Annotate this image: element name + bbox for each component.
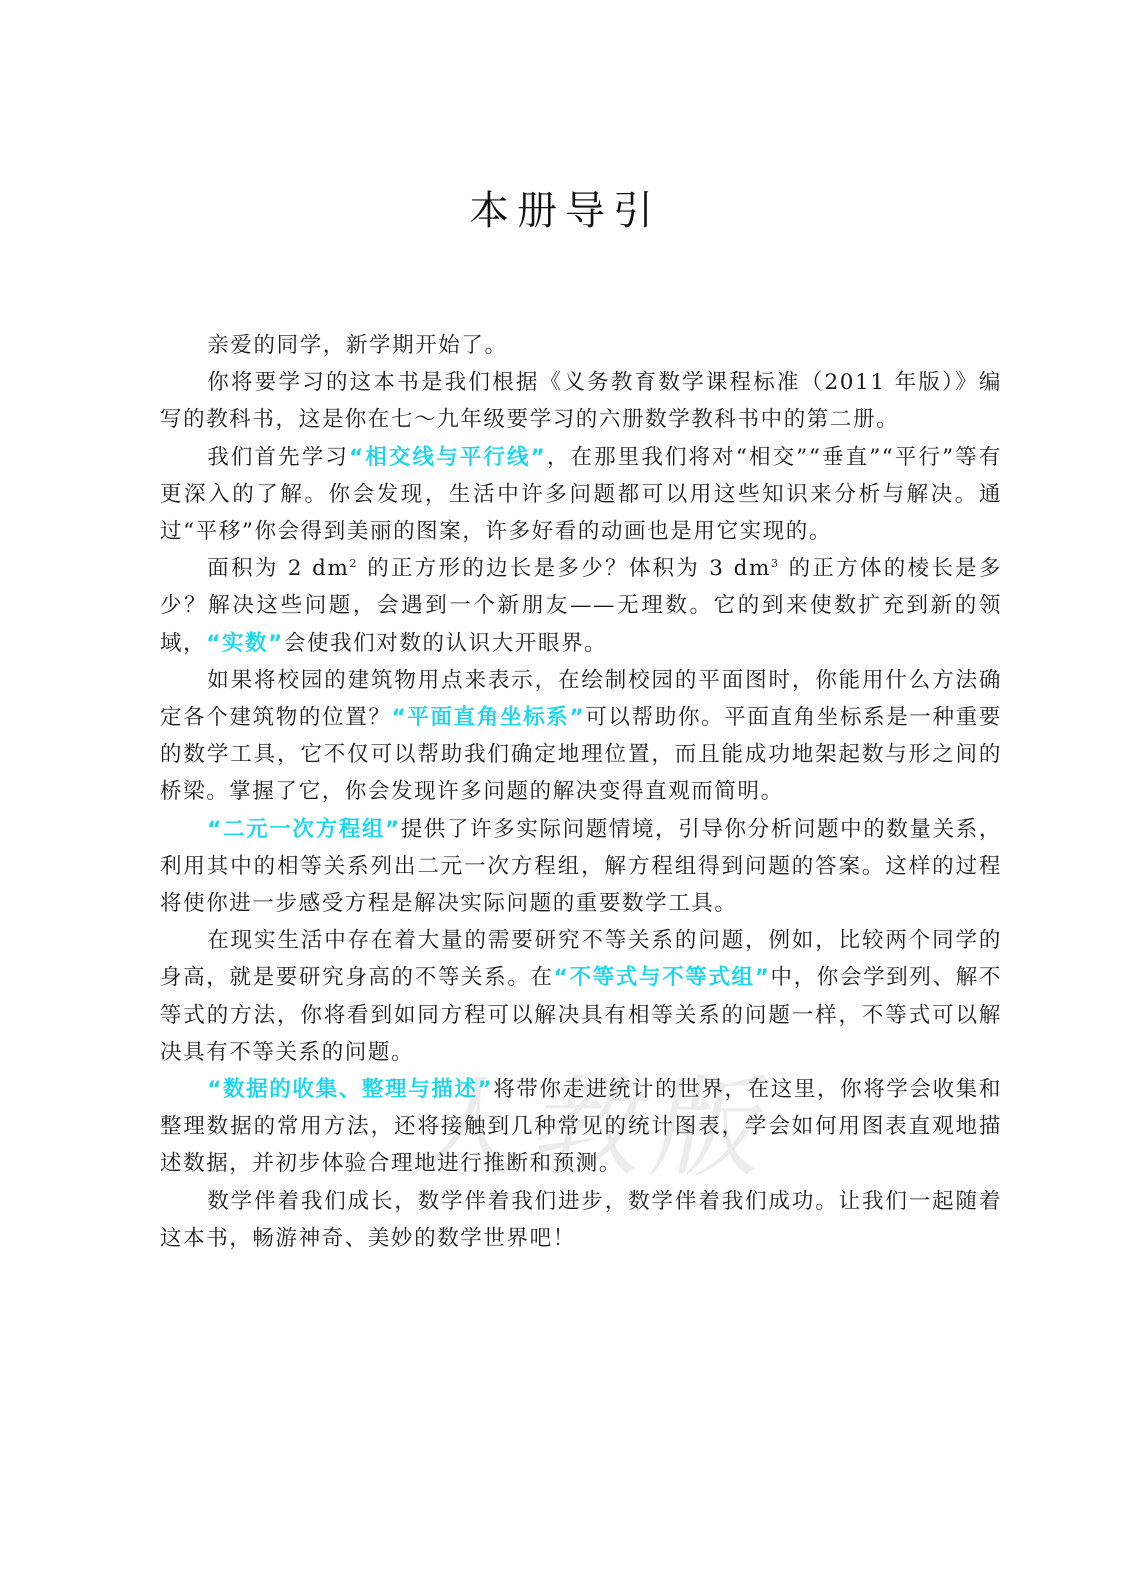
paragraph-data-statistics: “数据的收集、整理与描述”将带你走进统计的世界，在这里，你将学会收集和整理数据的… (160, 1071, 1002, 1183)
superscript: 3 (771, 557, 780, 570)
paragraph-linear-equations: “二元一次方程组”提供了许多实际问题情境，引导你分析问题中的数量关系，利用其中的… (160, 811, 1002, 923)
paragraph-intersecting-parallel-lines: 我们首先学习“相交线与平行线”，在那里我们将对“相交”“垂直”“平行”等有更深入… (160, 439, 1002, 551)
text-segment: 的正方形的边长是多少？体积为 3 dm (358, 556, 771, 581)
paragraph-greeting: 亲爱的同学，新学期开始了。 (160, 327, 1002, 364)
text-segment: 数学伴着我们成长，数学伴着我们进步，数学伴着我们成功。让我们一起随着这本书，畅游… (160, 1189, 1002, 1251)
paragraph-book-intro: 你将要学习的这本书是我们根据《义务教育数学课程标准（2011 年版）》编写的教科… (160, 364, 1002, 438)
body-text: 亲爱的同学，新学期开始了。 你将要学习的这本书是我们根据《义务教育数学课程标准（… (160, 327, 1002, 1257)
chapter-highlight: “相交线与平行线” (349, 445, 546, 470)
chapter-highlight: “实数” (206, 631, 284, 656)
text-segment: 面积为 2 dm (207, 556, 349, 581)
text-segment: 会使我们对数的认识大开眼界。 (284, 631, 607, 656)
paragraph-real-numbers: 面积为 2 dm2 的正方形的边长是多少？体积为 3 dm3 的正方体的棱长是多… (160, 550, 1002, 662)
document-page: 人教版 本册导引 亲爱的同学，新学期开始了。 你将要学习的这本书是我们根据《义务… (0, 0, 1130, 1580)
text-segment: 你将要学习的这本书是我们根据《义务教育数学课程标准（2011 年版）》编写的教科… (160, 370, 1002, 432)
paragraph-closing: 数学伴着我们成长，数学伴着我们进步，数学伴着我们成功。让我们一起随着这本书，畅游… (160, 1183, 1002, 1257)
chapter-highlight: “二元一次方程组” (207, 817, 400, 842)
page-title: 本册导引 (0, 179, 1130, 236)
chapter-highlight: “不等式与不等式组” (554, 965, 771, 990)
text-segment: 亲爱的同学，新学期开始了。 (207, 333, 507, 358)
superscript: 2 (349, 557, 358, 570)
paragraph-inequalities: 在现实生活中存在着大量的需要研究不等关系的问题，例如，比较两个同学的身高，就是要… (160, 922, 1002, 1071)
text-segment: 我们首先学习 (207, 445, 349, 470)
chapter-highlight: “数据的收集、整理与描述” (207, 1077, 493, 1102)
paragraph-coordinate-system: 如果将校园的建筑物用点来表示，在绘制校园的平面图时，你能用什么方法确定各个建筑物… (160, 662, 1002, 811)
chapter-highlight: “平面直角坐标系” (392, 705, 586, 730)
